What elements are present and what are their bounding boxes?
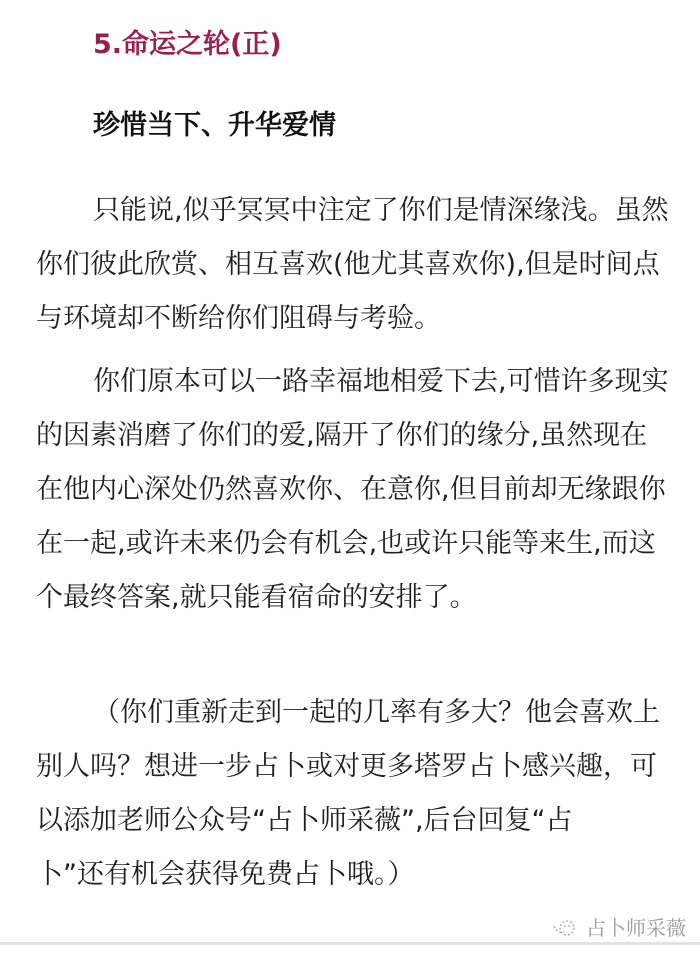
paragraph-1: 只能说,似乎冥冥中注定了你们是情深缘浅。虽然 你们彼此欣赏、相互喜欢(他尤其喜欢… xyxy=(36,184,686,346)
paragraph-3: （你们重新走到一起的几率有多大？他会喜欢上 别人吗？想进一步占卜或对更多塔罗占卜… xyxy=(36,686,686,902)
section-title: 5.命运之轮(正) xyxy=(93,28,282,62)
paragraph-line: 以添加老师公众号“占卜师采薇”,后台回复“占 xyxy=(36,794,686,848)
bottom-divider xyxy=(0,942,700,945)
watermark-text: 占卜师采薇 xyxy=(586,916,686,940)
paragraph-line: 在一起,或许未来仍会有机会,也或许只能等来生,而这 xyxy=(36,517,686,571)
paragraph-line: 你们彼此欣赏、相互喜欢(他尤其喜欢你),但是时间点 xyxy=(36,238,686,292)
paragraph-line: 别人吗？想进一步占卜或对更多塔罗占卜感兴趣，可 xyxy=(36,740,686,794)
paragraph-line: 与环境却不断给你们阻碍与考验。 xyxy=(36,292,686,346)
paragraph-line: 在他内心深处仍然喜欢你、在意你,但目前却无缘跟你 xyxy=(36,463,686,517)
paragraph-line: 的因素消磨了你们的爱,隔开了你们的缘分,虽然现在 xyxy=(36,409,686,463)
article-page: 5.命运之轮(正) 珍惜当下、升华爱情 只能说,似乎冥冥中注定了你们是情深缘浅。… xyxy=(0,0,700,958)
paragraph-line: 个最终答案,就只能看宿命的安排了。 xyxy=(36,571,686,625)
paragraph-2: 你们原本可以一路幸福地相爱下去,可惜许多现实 的因素消磨了你们的爱,隔开了你们的… xyxy=(36,355,686,625)
watermark: 占卜师采薇 xyxy=(552,916,686,940)
section-subtitle: 珍惜当下、升华爱情 xyxy=(93,108,336,144)
paragraph-line: 卜”还有机会获得免费占卜哦。） xyxy=(36,848,686,902)
paragraph-line: 只能说,似乎冥冥中注定了你们是情深缘浅。虽然 xyxy=(36,184,686,238)
paragraph-line: （你们重新走到一起的几率有多大？他会喜欢上 xyxy=(36,686,686,740)
wechat-official-account-icon xyxy=(552,918,578,938)
paragraph-line: 你们原本可以一路幸福地相爱下去,可惜许多现实 xyxy=(36,355,686,409)
